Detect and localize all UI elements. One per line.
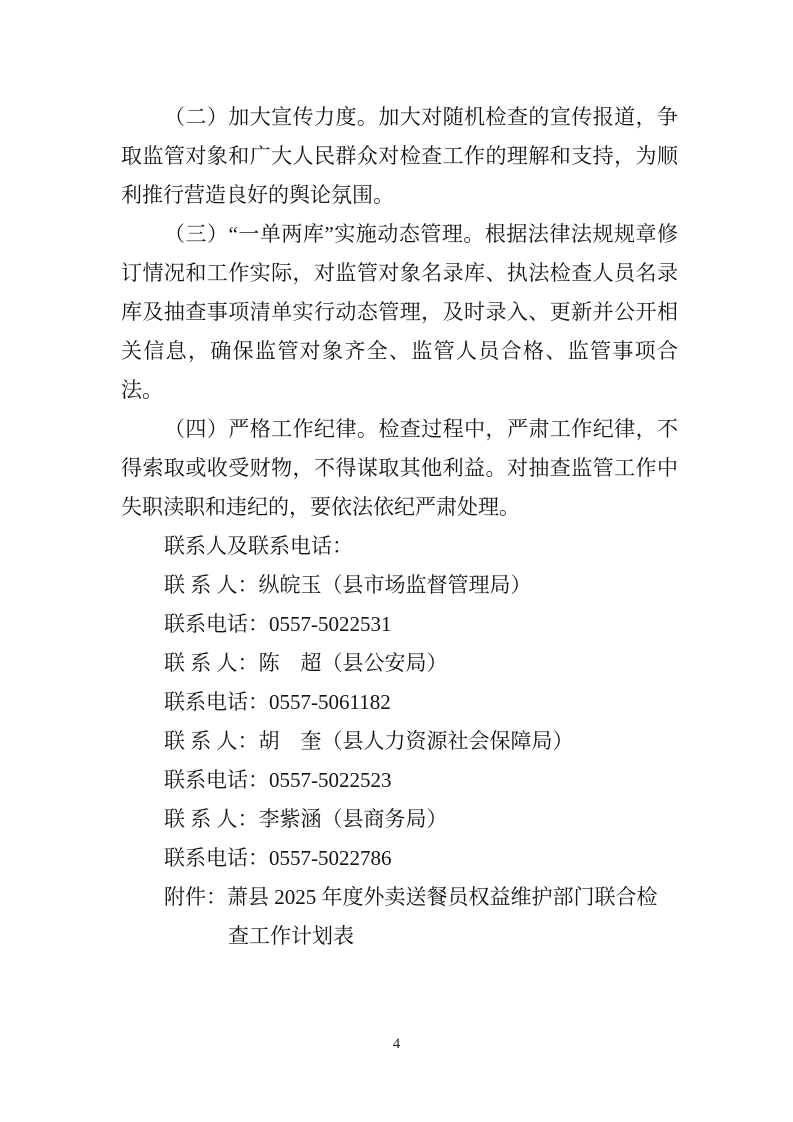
page-number: 4 [0,1034,793,1054]
paragraph-item-3: （三）“一单两库”实施动态管理。根据法律法规规章修订情况和工作实际，对监管对象名… [121,215,678,410]
paragraph-item-3-lead: （三）“一单两库”实施动态管理。 [164,222,485,246]
contact-phone-row: 联系电话：0557-5061182 [121,683,678,722]
contact-phone-number: 0557-5061182 [269,690,391,714]
contact-person-label: 联 系 人： [164,651,259,675]
contact-phone-row: 联系电话：0557-5022531 [121,605,678,644]
contact-person-label: 联 系 人： [164,573,259,597]
contact-phone-row: 联系电话：0557-5022786 [121,839,678,878]
contact-person-name: 胡 奎（县人力资源社会保障局） [259,729,574,753]
paragraph-item-2: （二）加大宣传力度。加大对随机检查的宣传报道，争取监管对象和广大人民群众对检查工… [121,98,678,215]
contact-person-row: 联 系 人：李紫涵（县商务局） [121,800,678,839]
contact-person-name: 陈 超（县公安局） [259,651,448,675]
contact-phone-number: 0557-5022786 [269,846,392,870]
contact-person-label: 联 系 人： [164,729,259,753]
contact-phone-label: 联系电话： [164,690,269,714]
contact-phone-number: 0557-5022531 [269,612,392,636]
paragraph-item-3-body: 根据法律法规规章修订情况和工作实际，对监管对象名录库、执法检查人员名录库及抽查事… [121,222,678,402]
attachment-line: 附件：萧县 2025 年度外卖送餐员权益维护部门联合检查工作计划表 [164,878,678,956]
paragraph-item-4: （四）严格工作纪律。检查过程中，严肃工作纪律，不得索取或收受财物，不得谋取其他利… [121,410,678,527]
contact-person-name: 李紫涵（县商务局） [259,807,448,831]
contact-phone-number: 0557-5022523 [269,768,392,792]
contact-person-row: 联 系 人：纵皖玉（县市场监督管理局） [121,566,678,605]
contact-person-name: 纵皖玉（县市场监督管理局） [259,573,532,597]
contacts-heading: 联系人及联系电话： [121,527,678,566]
attachment-label: 附件： [164,885,227,909]
paragraph-item-4-lead: （四）严格工作纪律。 [164,417,378,441]
contact-phone-label: 联系电话： [164,612,269,636]
contact-person-row: 联 系 人：陈 超（县公安局） [121,644,678,683]
contact-person-row: 联 系 人：胡 奎（县人力资源社会保障局） [121,722,678,761]
contact-person-label: 联 系 人： [164,807,259,831]
contact-phone-label: 联系电话： [164,768,269,792]
contact-phone-label: 联系电话： [164,846,269,870]
document-content: （二）加大宣传力度。加大对随机检查的宣传报道，争取监管对象和广大人民群众对检查工… [121,98,678,956]
attachment-text: 萧县 2025 年度外卖送餐员权益维护部门联合检查工作计划表 [227,885,658,948]
contact-phone-row: 联系电话：0557-5022523 [121,761,678,800]
paragraph-item-2-lead: （二）加大宣传力度。 [164,105,378,129]
document-page: （二）加大宣传力度。加大对随机检查的宣传报道，争取监管对象和广大人民群众对检查工… [0,0,793,1122]
